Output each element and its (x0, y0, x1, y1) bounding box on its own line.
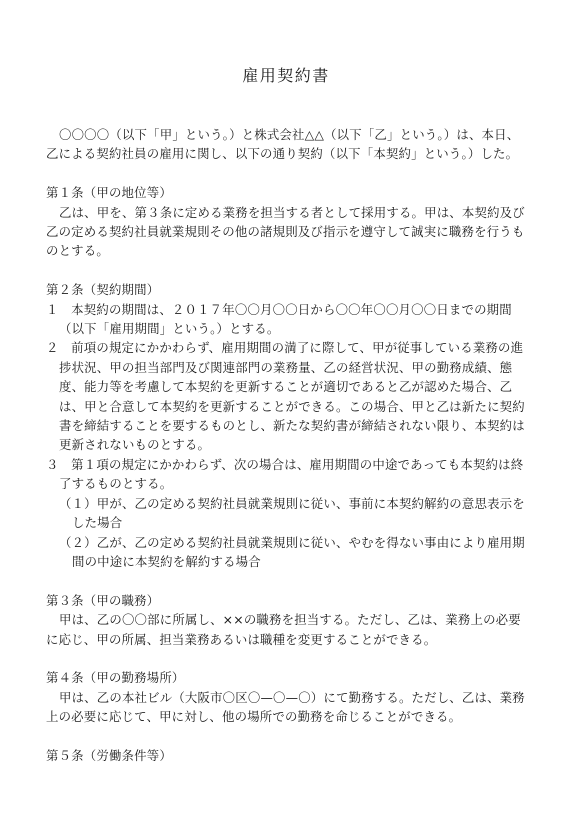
preamble-paragraph: 〇〇〇〇（以下「甲」という。）と株式会社△△（以下「乙」という。）は、本日、乙に… (46, 125, 526, 164)
article-item: １ 本契約の期間は、２０１７年〇〇月〇〇日から〇〇年〇〇月〇〇日までの期間（以下… (46, 300, 526, 339)
article-heading: 第２条（契約期間） (46, 280, 526, 299)
article-heading: 第３条（甲の職務） (46, 591, 526, 610)
article-sub-item: （１）甲が、乙の定める契約社員就業規則に従い、事前に本契約解約の意思表示をした場… (46, 494, 526, 533)
document-page: 雇用契約書 〇〇〇〇（以下「甲」という。）と株式会社△△（以下「乙」という。）は… (46, 64, 526, 765)
article-body: 甲は、乙の〇〇部に所属し、××の職務を担当する。ただし、乙は、業務上の必要に応じ… (46, 610, 526, 649)
article-heading: 第４条（甲の勤務場所） (46, 668, 526, 687)
spacer (46, 164, 526, 183)
article-4: 第４条（甲の勤務場所） 甲は、乙の本社ビル（大阪市〇区〇—〇—〇）にて勤務する。… (46, 668, 526, 726)
article-body: 乙は、甲を、第３条に定める業務を担当する者として採用する。甲は、本契約及び乙の定… (46, 203, 526, 261)
article-2: 第２条（契約期間） １ 本契約の期間は、２０１７年〇〇月〇〇日から〇〇年〇〇月〇… (46, 280, 526, 571)
article-heading: 第１条（甲の地位等） (46, 183, 526, 202)
article-heading: 第５条（労働条件等） (46, 746, 526, 765)
article-1: 第１条（甲の地位等） 乙は、甲を、第３条に定める業務を担当する者として採用する。… (46, 183, 526, 261)
article-sub-item: （２）乙が、乙の定める契約社員就業規則に従い、やむを得ない事由により雇用期間の中… (46, 533, 526, 572)
spacer (46, 261, 526, 280)
article-item: ２ 前項の規定にかかわらず、雇用期間の満了に際して、甲が従事している業務の進捗状… (46, 338, 526, 454)
spacer (46, 571, 526, 590)
document-title: 雇用契約書 (46, 64, 526, 88)
spacer (46, 727, 526, 746)
article-body: 甲は、乙の本社ビル（大阪市〇区〇—〇—〇）にて勤務する。ただし、乙は、業務上の必… (46, 688, 526, 727)
article-5: 第５条（労働条件等） (46, 746, 526, 765)
spacer (46, 649, 526, 668)
article-3: 第３条（甲の職務） 甲は、乙の〇〇部に所属し、××の職務を担当する。ただし、乙は… (46, 591, 526, 649)
article-item: ３ 第１項の規定にかかわらず、次の場合は、雇用期間の中途であっても本契約は終了す… (46, 455, 526, 494)
